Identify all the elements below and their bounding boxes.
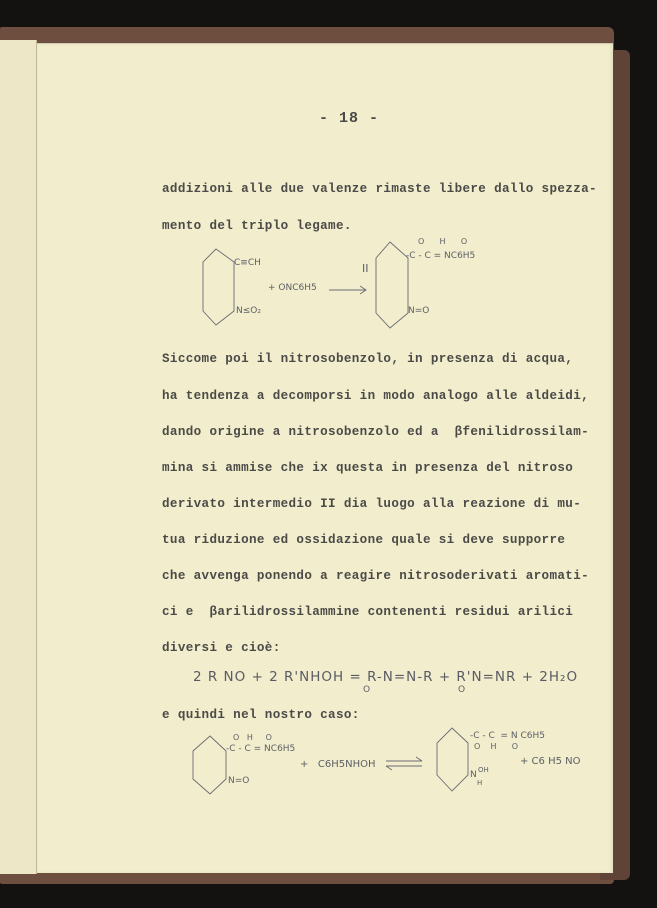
coproduct-nitrosobenzene: + C6 H5 NO (520, 756, 581, 767)
substituent-nitro: N≤O₂ (236, 306, 261, 316)
chain-bottom-atoms-2: O H O (474, 742, 518, 751)
reagent-nitrosobenzene: + ONC6H5 (268, 283, 317, 293)
product-chain-2: -C - C = N C6H5 (470, 731, 545, 741)
text-line: Siccome poi il nitrosobenzolo, in presen… (162, 352, 573, 366)
text-line: addizioni alle due valenze rimaste liber… (162, 182, 597, 196)
reagent-phenylhydroxylamine: + C6H5NHOH (300, 759, 376, 770)
text-line: e quindi nel nostro caso: (162, 708, 360, 722)
page-number: - 18 - (319, 110, 379, 127)
left-page-edge (0, 40, 37, 874)
substituent-h: H (477, 779, 482, 787)
text-line: ci e βarilidrossilammine contenenti resi… (162, 605, 573, 619)
general-equation: 2 R NO + 2 R'NHOH = R-N=N-R + R'N=NR + 2… (193, 669, 578, 685)
substituent-oh: OH (478, 766, 489, 774)
document-page (37, 43, 613, 873)
chain-top-atoms: O H O (418, 237, 467, 246)
text-line: che avvenga ponendo a reagire nitrosoder… (162, 569, 589, 583)
substituent-ethynyl: C≡CH (234, 258, 261, 268)
equation-oxygen-2: O (458, 685, 465, 695)
substituent-hydroxylamino: N (470, 770, 477, 780)
reaction-arrow-icon (328, 284, 370, 296)
text-line: mina si ammise che ix questa in presenza… (162, 461, 573, 475)
text-line: mento del triplo legame. (162, 219, 352, 233)
equation-oxygen-1: O (363, 685, 370, 695)
benzene-ring-reactant-2 (190, 733, 240, 798)
reactant-chain-2: -C - C = NC6H5 (226, 744, 295, 754)
product-chain: -C - C = NC6H5 (406, 251, 475, 261)
compound-label-II: II (362, 262, 369, 275)
substituent-nitroso-2: N=O (228, 776, 249, 786)
equilibrium-arrow-icon (384, 756, 426, 772)
chain-top-atoms-2: O H O (233, 733, 272, 742)
text-line: derivato intermedio II dia luogo alla re… (162, 497, 581, 511)
substituent-nitroso: N=O (408, 306, 429, 316)
text-line: diversi e cioè: (162, 641, 281, 655)
text-line: dando origine a nitrosobenzolo ed a βfen… (162, 425, 589, 439)
text-line: ha tendenza a decomporsi in modo analogo… (162, 389, 589, 403)
text-line: tua riduzione ed ossidazione quale si de… (162, 533, 565, 547)
